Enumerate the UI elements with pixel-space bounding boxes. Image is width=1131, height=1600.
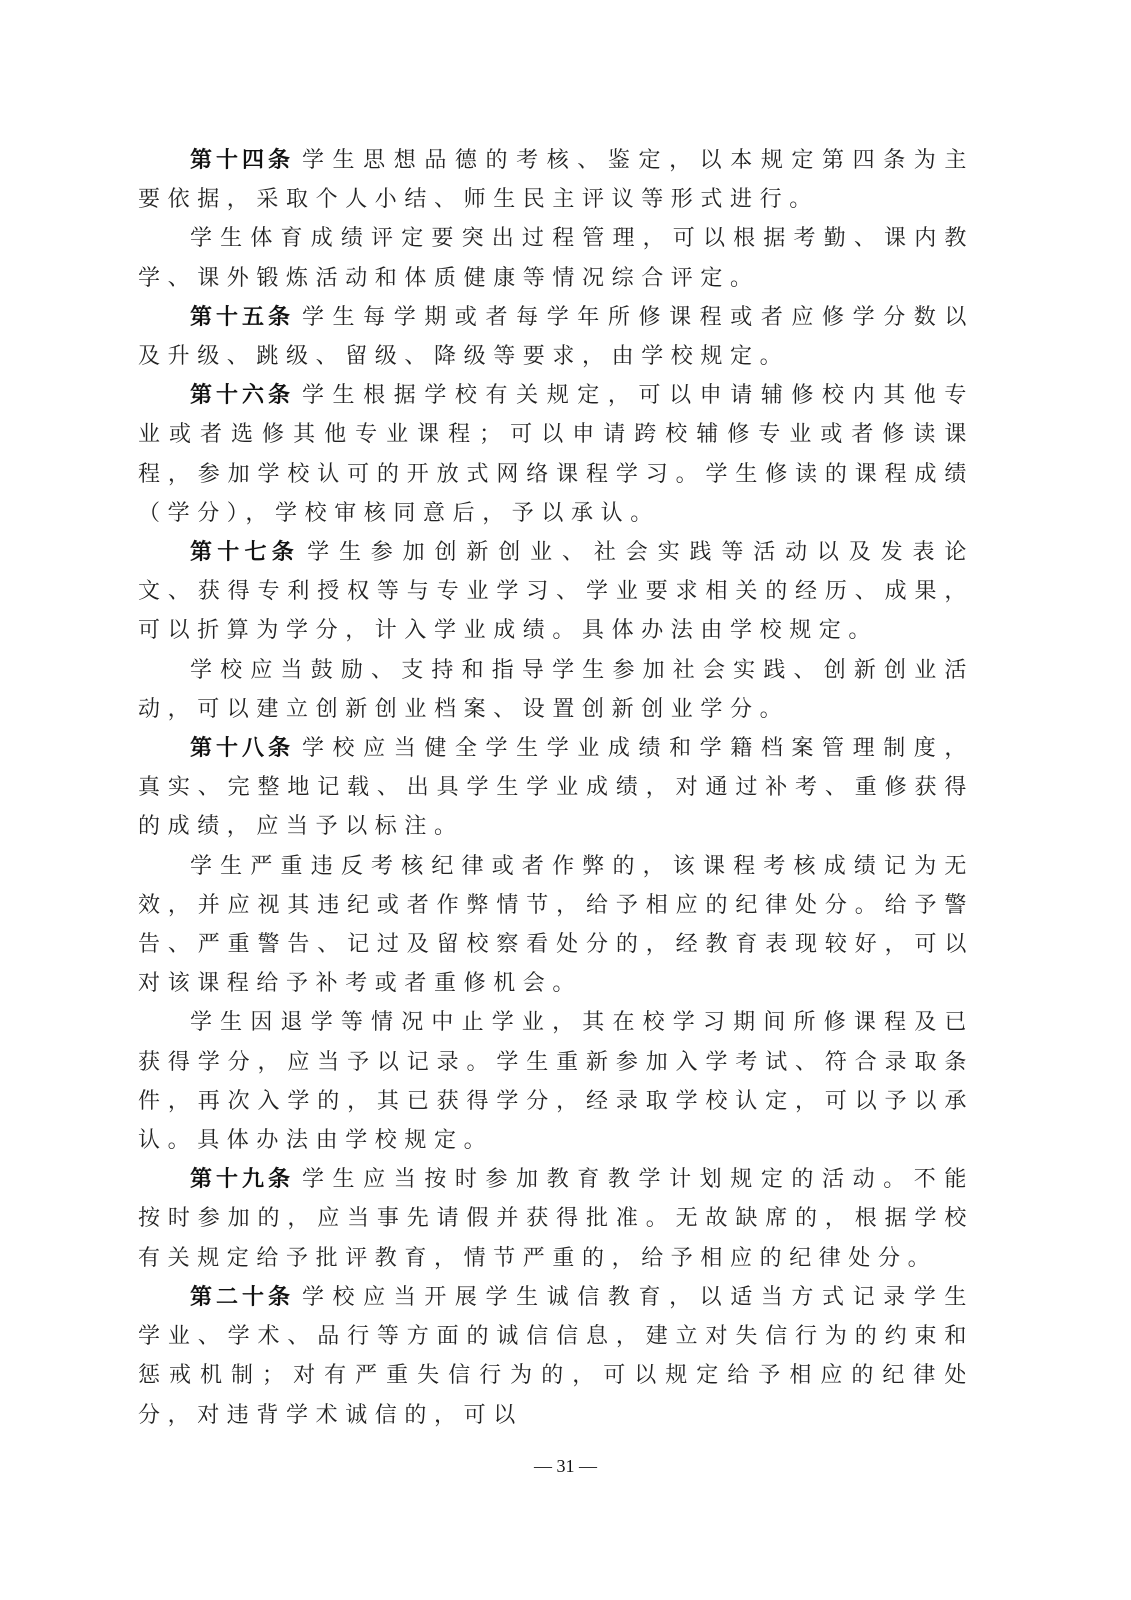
paragraph-article-17: 第十七条学生参加创新创业、社会实践等活动以及发表论文、获得专利授权等与专业学习、… <box>138 533 974 651</box>
paragraph-article-20: 第二十条学校应当开展学生诚信教育，以适当方式记录学生学业、学术、品行等方面的诚信… <box>138 1278 974 1435</box>
article-heading: 第十五条 <box>190 305 294 330</box>
paragraph-article-19: 第十九条学生应当按时参加教育教学计划规定的活动。不能按时参加的，应当事先请假并获… <box>138 1160 974 1278</box>
page-number: — 31 — <box>0 1456 1131 1477</box>
paragraph-article-18: 第十八条学校应当健全学生学业成绩和学籍档案管理制度，真实、完整地记载、出具学生学… <box>138 729 974 847</box>
article-heading: 第十六条 <box>190 383 294 408</box>
article-heading: 第十九条 <box>190 1167 294 1192</box>
article-heading: 第十七条 <box>190 540 299 565</box>
paragraph-text: 学生严重违反考核纪律或者作弊的，该课程考核成绩记为无效，并应视其违纪或者作弊情节… <box>138 854 974 997</box>
paragraph: 学校应当鼓励、支持和指导学生参加社会实践、创新创业活动，可以建立创新创业档案、设… <box>138 651 974 729</box>
paragraph: 学生严重违反考核纪律或者作弊的，该课程考核成绩记为无效，并应视其违纪或者作弊情节… <box>138 847 974 1004</box>
article-heading: 第十八条 <box>190 736 294 761</box>
article-heading: 第十四条 <box>190 148 294 173</box>
paragraph-article-15: 第十五条学生每学期或者每学年所修课程或者应修学分数以及升级、跳级、留级、降级等要… <box>138 298 974 376</box>
paragraph-text: 学生体育成绩评定要突出过程管理，可以根据考勤、课内教学、课外锻炼活动和体质健康等… <box>138 226 974 290</box>
paragraph-article-14: 第十四条学生思想品德的考核、鉴定，以本规定第四条为主要依据，采取个人小结、师生民… <box>138 141 974 219</box>
paragraph: 学生因退学等情况中止学业，其在校学习期间所修课程及已获得学分，应当予以记录。学生… <box>138 1003 974 1160</box>
paragraph-article-16: 第十六条学生根据学校有关规定，可以申请辅修校内其他专业或者选修其他专业课程；可以… <box>138 376 974 533</box>
document-body: 第十四条学生思想品德的考核、鉴定，以本规定第四条为主要依据，采取个人小结、师生民… <box>138 141 974 1435</box>
paragraph-text: 学校应当鼓励、支持和指导学生参加社会实践、创新创业活动，可以建立创新创业档案、设… <box>138 658 974 722</box>
article-heading: 第二十条 <box>190 1285 294 1310</box>
paragraph: 学生体育成绩评定要突出过程管理，可以根据考勤、课内教学、课外锻炼活动和体质健康等… <box>138 219 974 297</box>
paragraph-text: 学生因退学等情况中止学业，其在校学习期间所修课程及已获得学分，应当予以记录。学生… <box>138 1010 974 1153</box>
